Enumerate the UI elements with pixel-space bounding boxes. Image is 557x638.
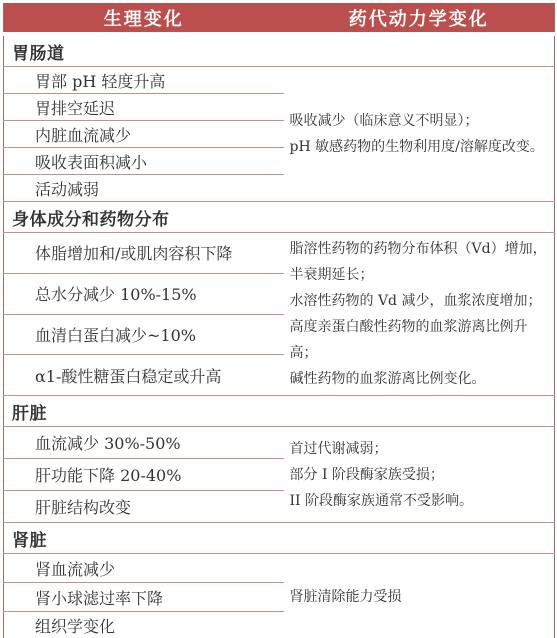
item-cell: 组织学变化 — [4, 612, 284, 638]
note-cell: 脂溶性药物的药物分布体积（Vd）增加，半衰期延长； 水溶性药物的 Vd 减少，血… — [284, 233, 555, 396]
item-cell: 内脏血流减少 — [4, 121, 284, 148]
item-cell: 血流减少 30%-50% — [4, 427, 284, 459]
item-cell: 肾血流减少 — [4, 554, 284, 583]
column-header-pharmacokinetic-changes: 药代动力学变化 — [284, 3, 555, 34]
item-cell: 肝脏结构改变 — [4, 491, 284, 523]
item-cell: 活动减弱 — [4, 175, 284, 202]
page: 生理变化 药代动力学变化 胃肠道 胃部 pH 轻度升高 吸收减少（临床意义不明显… — [0, 0, 557, 638]
note-cell: 肾脏清除能力受损 — [284, 554, 555, 638]
item-cell: 肾小球滤过率下降 — [4, 583, 284, 612]
column-header-physiological-changes: 生理变化 — [4, 3, 284, 34]
table-row: 体脂增加和/或肌肉容积下降 脂溶性药物的药物分布体积（Vd）增加，半衰期延长； … — [4, 233, 555, 274]
item-cell: α1-酸性糖蛋白稳定或升高 — [4, 355, 284, 396]
section-row-liver: 肝脏 — [4, 396, 555, 427]
table-row: 胃部 pH 轻度升高 吸收减少（临床意义不明显）； pH 敏感药物的生物利用度/… — [4, 67, 555, 94]
item-cell: 血清白蛋白减少~10% — [4, 314, 284, 355]
item-cell: 吸收表面积减小 — [4, 148, 284, 175]
table-row: 血流减少 30%-50% 首过代谢减弱； 部分 I 阶段酶家族受损； II 阶段… — [4, 427, 555, 459]
physiology-pharmacokinetics-table: 生理变化 药代动力学变化 胃肠道 胃部 pH 轻度升高 吸收减少（临床意义不明显… — [3, 3, 555, 638]
section-title: 肝脏 — [4, 396, 555, 427]
note-cell: 首过代谢减弱； 部分 I 阶段酶家族受损； II 阶段酶家族通常不受影响。 — [284, 427, 555, 523]
note-cell: 吸收减少（临床意义不明显）； pH 敏感药物的生物利用度/溶解度改变。 — [284, 67, 555, 202]
item-cell: 胃部 pH 轻度升高 — [4, 67, 284, 94]
item-cell: 体脂增加和/或肌肉容积下降 — [4, 233, 284, 274]
section-title: 胃肠道 — [4, 34, 555, 67]
section-title: 身体成分和药物分布 — [4, 202, 555, 233]
item-cell: 总水分减少 10%-15% — [4, 273, 284, 314]
section-row-gastrointestinal: 胃肠道 — [4, 34, 555, 67]
section-row-body-composition: 身体成分和药物分布 — [4, 202, 555, 233]
section-row-kidney: 肾脏 — [4, 523, 555, 554]
item-cell: 肝功能下降 20-40% — [4, 459, 284, 491]
section-title: 肾脏 — [4, 523, 555, 554]
item-cell: 胃排空延迟 — [4, 94, 284, 121]
table-header-row: 生理变化 药代动力学变化 — [4, 3, 555, 34]
table-row: 肾血流减少 肾脏清除能力受损 — [4, 554, 555, 583]
